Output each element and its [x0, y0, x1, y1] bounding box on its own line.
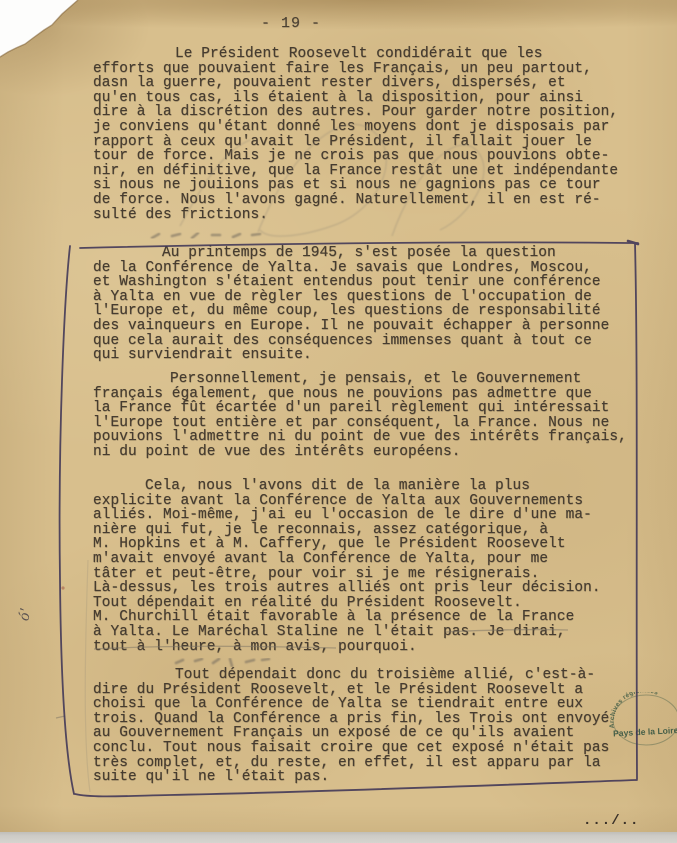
- stamp-arc-text: Archives régionales: [609, 692, 660, 728]
- paragraph: Au printemps de 1945, s'est posée la que…: [93, 246, 653, 363]
- stamp-name-text: Pays de la Loire: [613, 725, 677, 738]
- archive-stamp: Archives régionales Pays de la Loire: [606, 692, 677, 752]
- continuation-mark: .../..: [583, 813, 639, 829]
- paragraph: Personnellement, je pensais, et le Gouve…: [93, 372, 653, 460]
- paragraph: Le Président Roosevelt condidérait que l…: [93, 47, 653, 222]
- paper-sheet: - 19 - Le Président Roosevelt condidérai…: [0, 0, 677, 832]
- scanner-background-strip: [0, 831, 677, 843]
- page-number: - 19 -: [261, 15, 321, 32]
- paragraph: Tout dépendait donc du troisième allié, …: [93, 668, 653, 785]
- svg-text:Archives régionales: Archives régionales: [609, 692, 660, 728]
- scanned-page: - 19 - Le Président Roosevelt condidérai…: [0, 0, 677, 843]
- paragraph: Cela, nous l'avons dit de la manière la …: [93, 479, 653, 654]
